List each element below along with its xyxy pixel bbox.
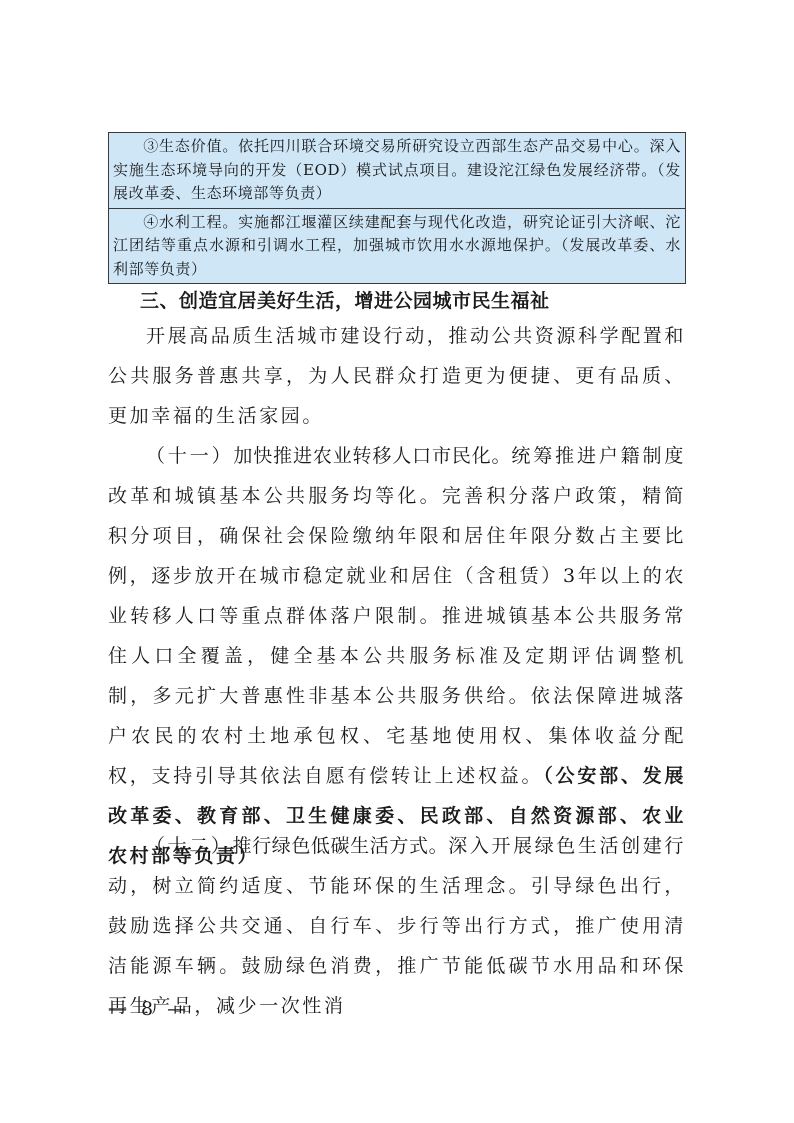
- highlight-box: ③生态价值。依托四川联合环境交易所研究设立西部生态产品交易中心。深入实施生态环境…: [108, 132, 686, 284]
- document-page: ③生态价值。依托四川联合环境交易所研究设立西部生态产品交易中心。深入实施生态环境…: [0, 0, 794, 1123]
- paragraph-body: 深入开展绿色生活创建行动，树立简约适度、节能环保的生活理念。引导绿色出行，鼓励选…: [108, 835, 686, 1017]
- paragraph-lead: 推行绿色低碳生活方式。: [232, 835, 448, 857]
- paragraph-body: 统筹推进户籍制度改革和城镇基本公共服务均等化。完善积分落户政策，精简积分项目，确…: [108, 445, 686, 787]
- box-item-water-projects: ④水利工程。实施都江堰灌区续建配套与现代化改造，研究论证引大济岷、沱江团结等重点…: [109, 208, 685, 284]
- paragraph-11: （十一）加快推进农业转移人口市民化。统筹推进户籍制度改革和城镇基本公共服务均等化…: [108, 436, 686, 876]
- box-item-text: 水利工程。实施都江堰灌区续建配套与现代化改造，研究论证引大济岷、沱江团结等重点水…: [113, 213, 681, 278]
- section-intro: 开展高品质生活城市建设行动，推动公共资源科学配置和公共服务普惠共享，为人民群众打…: [108, 316, 686, 436]
- paragraph-12: （十二）推行绿色低碳生活方式。深入开展绿色生活创建行动，树立简约适度、节能环保的…: [108, 826, 686, 1026]
- box-item-ecological-value: ③生态价值。依托四川联合环境交易所研究设立西部生态产品交易中心。深入实施生态环境…: [109, 133, 685, 208]
- paragraph-number: （十一）: [146, 445, 233, 467]
- paragraph-number: （十二）: [146, 835, 232, 857]
- box-item-marker: ④: [143, 213, 159, 231]
- box-item-text: 生态价值。依托四川联合环境交易所研究设立西部生态产品交易中心。深入实施生态环境导…: [113, 137, 681, 202]
- paragraph-lead: 加快推进农业转移人口市民化。: [233, 445, 511, 467]
- box-item-marker: ③: [143, 137, 159, 155]
- section-heading: 三、创造宜居美好生活，增进公园城市民生福祉: [140, 286, 550, 313]
- page-number: — 8 —: [108, 998, 190, 1020]
